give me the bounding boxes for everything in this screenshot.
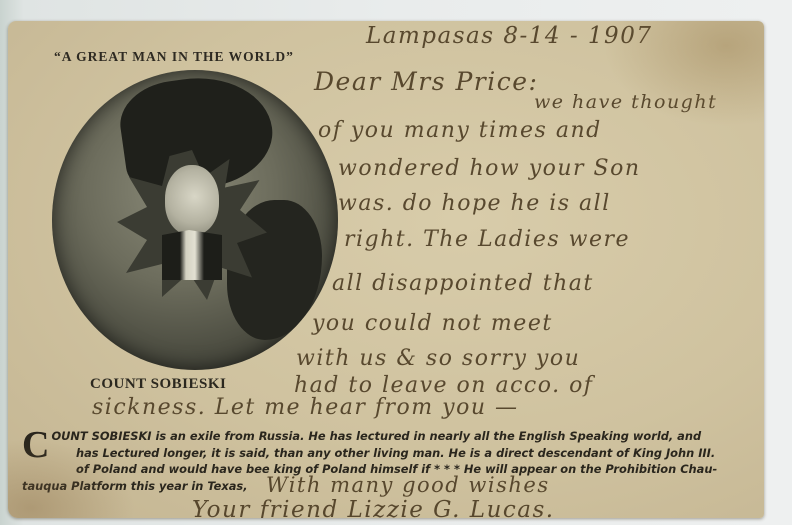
- handwritten-date: Lampasas 8-14 - 1907: [366, 23, 652, 49]
- handwritten-line: right. The Ladies were: [344, 227, 630, 252]
- handwritten-line: you could not meet: [312, 311, 553, 336]
- biography-line: has Lectured longer, it is said, than an…: [22, 445, 757, 462]
- postcard: “A GREAT MAN IN THE WORLD” COUNT SOBIESK…: [8, 21, 764, 518]
- handwritten-line: we have thought: [534, 91, 717, 113]
- drop-cap: C: [22, 430, 49, 460]
- handwritten-signature: Your friend Lizzie G. Lucas.: [192, 497, 555, 518]
- printed-biography: C OUNT SOBIESKI is an exile from Russia.…: [22, 428, 757, 494]
- handwritten-line: sickness. Let me hear from you —: [92, 395, 518, 420]
- biography-line: tauqua Platform this year in Texas,: [22, 478, 757, 495]
- handwritten-line: was. do hope he is all: [338, 191, 611, 216]
- portrait-head: [165, 165, 219, 235]
- handwritten-line: with us & so sorry you: [296, 346, 580, 371]
- portrait-caption: COUNT SOBIESKI: [90, 376, 226, 393]
- globe-portrait-image: [52, 70, 338, 370]
- handwritten-line: all disappointed that: [332, 271, 594, 296]
- portrait-collar: [162, 230, 222, 280]
- biography-line: OUNT SOBIESKI is an exile from Russia. H…: [22, 428, 757, 445]
- printed-title: “A GREAT MAN IN THE WORLD”: [54, 49, 294, 65]
- biography-line: of Poland and would have bee king of Pol…: [22, 461, 757, 478]
- handwritten-salutation: Dear Mrs Price:: [314, 67, 538, 96]
- handwritten-line: of you many times and: [318, 118, 602, 143]
- handwritten-line: wondered how your Son: [338, 156, 641, 181]
